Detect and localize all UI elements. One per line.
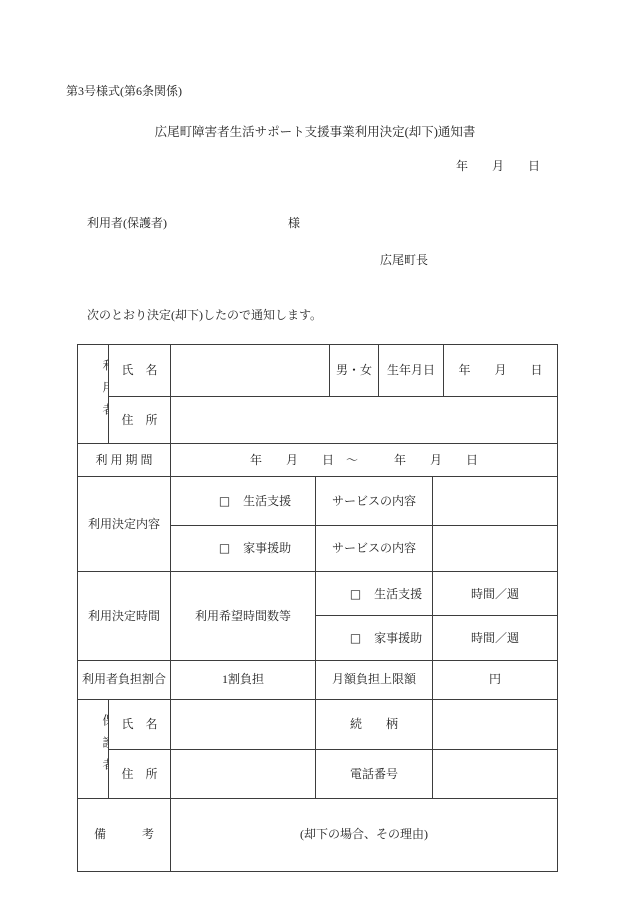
decision-time-life-support-cell: □生活支援 — [316, 572, 433, 616]
burden-ratio-label: 利用者負担割合 — [78, 660, 171, 699]
row-burden: 利用者負担割合 1割負担 月額負担上限額 円 — [78, 660, 558, 699]
decision-table: 利用者 氏 名 男・女 生年月日 年 月 日 住 所 利 用 期 間 年 月 日… — [77, 344, 558, 872]
notice-body: 次のとおり決定(却下)したので通知します。 — [87, 308, 322, 323]
time-life-support-label: 生活支援 — [374, 587, 422, 601]
user-group-label: 利用者 — [102, 359, 109, 425]
row-guardian-name: 保護者 氏 名 続 柄 — [78, 699, 558, 749]
service-content-label-1: サービスの内容 — [316, 477, 433, 526]
row-user-address: 住 所 — [78, 396, 558, 444]
row-decision-content-1: 利用決定内容 □生活支援 サービスの内容 — [78, 477, 558, 526]
service-content-value-cell-1 — [433, 477, 558, 526]
row-decision-time-1: 利用決定時間 利用希望時間数等 □生活支援 時間／週 — [78, 572, 558, 616]
decision-content-life-support-cell: □生活支援 — [171, 477, 316, 526]
birthdate-value-cell: 年 月 日 — [444, 345, 558, 397]
user-name-label: 氏 名 — [109, 345, 171, 397]
sex-label: 男・女 — [330, 345, 379, 397]
guardian-group-label: 保護者 — [102, 714, 109, 780]
remarks-note: (却下の場合、その理由) — [171, 827, 557, 841]
phone-value-cell — [433, 749, 558, 798]
user-address-value-cell — [171, 396, 558, 444]
remarks-content-cell: (却下の場合、その理由) — [171, 798, 558, 871]
guardian-address-value-cell — [171, 749, 316, 798]
service-content-label-2: サービスの内容 — [316, 526, 433, 572]
service-content-value-cell-2 — [433, 526, 558, 572]
decision-content-label: 利用決定内容 — [78, 477, 171, 572]
checkbox-icon: □ — [350, 587, 361, 601]
guardian-name-label: 氏 名 — [109, 699, 171, 749]
decision-time-housework-cell: □家事援助 — [316, 616, 433, 660]
form-number: 第3号様式(第6条関係) — [66, 84, 182, 99]
guardian-group-cell: 保護者 — [78, 699, 109, 798]
addressee-honorific: 様 — [288, 216, 300, 231]
monthly-cap-label: 月額負担上限額 — [316, 660, 433, 699]
birthdate-label: 生年月日 — [379, 345, 444, 397]
hours-per-week-cell-1: 時間／週 — [433, 572, 558, 616]
issuer-name: 広尾町長 — [380, 253, 428, 268]
time-housework-label: 家事援助 — [374, 631, 422, 645]
desired-hours-label: 利用希望時間数等 — [171, 572, 316, 660]
remarks-label: 備 考 — [78, 798, 171, 871]
decision-content-housework-cell: □家事援助 — [171, 526, 316, 572]
row-remarks: 備 考 (却下の場合、その理由) — [78, 798, 558, 871]
monthly-cap-unit-cell: 円 — [433, 660, 558, 699]
checkbox-icon: □ — [219, 541, 230, 555]
burden-ratio-value: 1割負担 — [171, 660, 316, 699]
row-guardian-address: 住 所 電話番号 — [78, 749, 558, 798]
period-label: 利 用 期 間 — [78, 444, 171, 477]
user-name-value-cell — [171, 345, 330, 397]
user-address-label: 住 所 — [109, 396, 171, 444]
hours-per-week-cell-2: 時間／週 — [433, 616, 558, 660]
addressee-label: 利用者(保護者) — [87, 216, 167, 231]
life-support-label: 生活支援 — [243, 494, 291, 508]
date-line: 年 月 日 — [456, 159, 540, 174]
relationship-label: 続 柄 — [316, 699, 433, 749]
period-value-cell: 年 月 日 ～ 年 月 日 — [171, 444, 558, 477]
document-title: 広尾町障害者生活サポート支援事業利用決定(却下)通知書 — [0, 125, 630, 141]
row-user-name: 利用者 氏 名 男・女 生年月日 年 月 日 — [78, 345, 558, 397]
relationship-value-cell — [433, 699, 558, 749]
user-group-cell: 利用者 — [78, 345, 109, 444]
guardian-address-label: 住 所 — [109, 749, 171, 798]
decision-time-label: 利用決定時間 — [78, 572, 171, 660]
housework-label: 家事援助 — [243, 541, 291, 555]
checkbox-icon: □ — [219, 494, 230, 508]
document-page: 第3号様式(第6条関係) 広尾町障害者生活サポート支援事業利用決定(却下)通知書… — [0, 0, 630, 916]
checkbox-icon: □ — [350, 631, 361, 645]
phone-label: 電話番号 — [316, 749, 433, 798]
row-period: 利 用 期 間 年 月 日 ～ 年 月 日 — [78, 444, 558, 477]
guardian-name-value-cell — [171, 699, 316, 749]
